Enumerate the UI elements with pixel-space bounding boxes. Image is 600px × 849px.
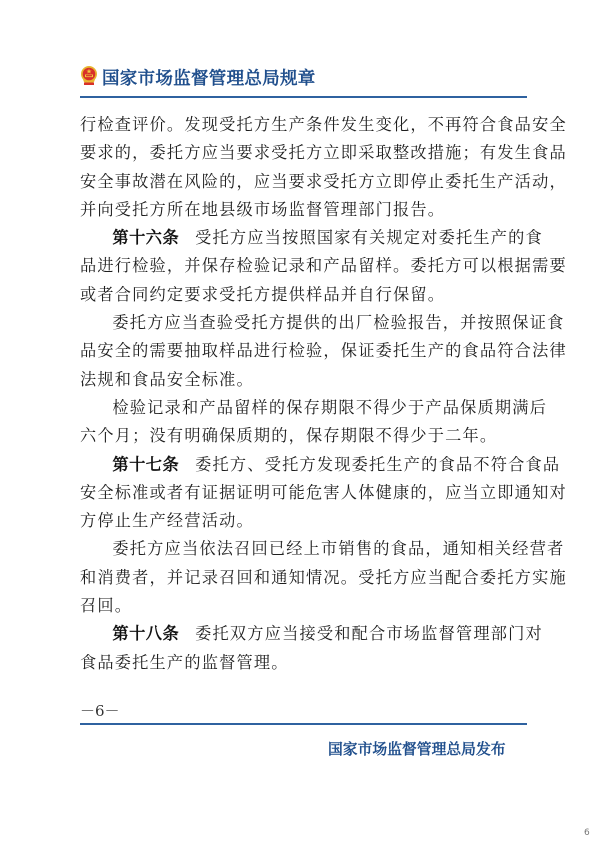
text-line: 第十八条委托双方应当接受和配合市场监督管理部门对 <box>80 620 526 648</box>
text-line: 食品委托生产的监督管理。 <box>80 649 526 677</box>
paragraph-inspection-report: 委托方应当查验受托方提供的出厂检验报告，并按照保证食 品安全的需要抽取样品进行检… <box>80 309 526 394</box>
paragraph-continuation: 行检查评价。发现受托方生产条件发生变化，不再符合食品安全 要求的，委托方应当要求… <box>80 111 526 224</box>
text-line: 委托方应当查验受托方提供的出厂检验报告，并按照保证食 <box>80 309 526 337</box>
text-line: 要求的，委托方应当要求受托方立即采取整改措施；有发生食品 <box>80 139 526 167</box>
text-line: 品进行检验，并保存检验记录和产品留样。委托方可以根据需要 <box>80 252 526 280</box>
paragraph-recall: 委托方应当依法召回已经上市销售的食品，通知相关经营者 和消费者，并记录召回和通知… <box>80 535 526 620</box>
text-line: 安全标准或者有证据证明可能危害人体健康的，应当立即通知对 <box>80 479 526 507</box>
publisher-label: 国家市场监督管理总局发布 <box>328 738 506 759</box>
text-span: 委托方、受托方发现委托生产的食品不符合食品 <box>195 455 560 474</box>
text-span: 受托方应当按照国家有关规定对委托生产的食 <box>195 228 543 247</box>
document-header: 国家市场监督管理总局规章 <box>62 62 528 98</box>
article-number: 第十八条 <box>112 624 179 643</box>
text-line: 或者合同约定要求受托方提供样品并自行保留。 <box>80 281 526 309</box>
footer-rule <box>80 723 527 725</box>
article-17: 第十七条委托方、受托方发现委托生产的食品不符合食品 安全标准或者有证据证明可能危… <box>80 451 526 536</box>
page-number: －6－ <box>80 700 120 721</box>
text-span: 委托双方应当接受和配合市场监督管理部门对 <box>195 624 543 643</box>
text-line: 检验记录和产品留样的保存期限不得少于产品保质期满后 <box>80 394 526 422</box>
text-line: 召回。 <box>80 592 526 620</box>
text-line: 安全事故潜在风险的，应当要求受托方立即停止委托生产活动， <box>80 168 526 196</box>
national-emblem-icon <box>80 65 98 86</box>
text-line: 并向受托方所在地县级市场监督管理部门报告。 <box>80 196 526 224</box>
paragraph-retention-period: 检验记录和产品留样的保存期限不得少于产品保质期满后 六个月；没有明确保质期的，保… <box>80 394 526 451</box>
article-16: 第十六条受托方应当按照国家有关规定对委托生产的食 品进行检验，并保存检验记录和产… <box>80 224 526 309</box>
header-rule <box>80 96 527 98</box>
text-line: 和消费者，并记录召回和通知情况。受托方应当配合委托方实施 <box>80 564 526 592</box>
text-line: 品安全的需要抽取样品进行检验，保证委托生产的食品符合法律 <box>80 337 526 365</box>
article-number: 第十六条 <box>112 228 179 247</box>
article-18: 第十八条委托双方应当接受和配合市场监督管理部门对 食品委托生产的监督管理。 <box>80 620 526 677</box>
text-line: 法规和食品安全标准。 <box>80 366 526 394</box>
text-line: 第十七条委托方、受托方发现委托生产的食品不符合食品 <box>80 451 526 479</box>
article-number: 第十七条 <box>112 455 179 474</box>
text-line: 行检查评价。发现受托方生产条件发生变化，不再符合食品安全 <box>80 111 526 139</box>
document-body: 行检查评价。发现受托方生产条件发生变化，不再符合食品安全 要求的，委托方应当要求… <box>80 111 526 677</box>
scan-page-number: 6 <box>584 828 590 838</box>
text-line: 六个月；没有明确保质期的，保存期限不得少于二年。 <box>80 422 526 450</box>
header-title: 国家市场监督管理总局规章 <box>102 65 316 90</box>
text-line: 第十六条受托方应当按照国家有关规定对委托生产的食 <box>80 224 526 252</box>
text-line: 方停止生产经营活动。 <box>80 507 526 535</box>
text-line: 委托方应当依法召回已经上市销售的食品，通知相关经营者 <box>80 535 526 563</box>
